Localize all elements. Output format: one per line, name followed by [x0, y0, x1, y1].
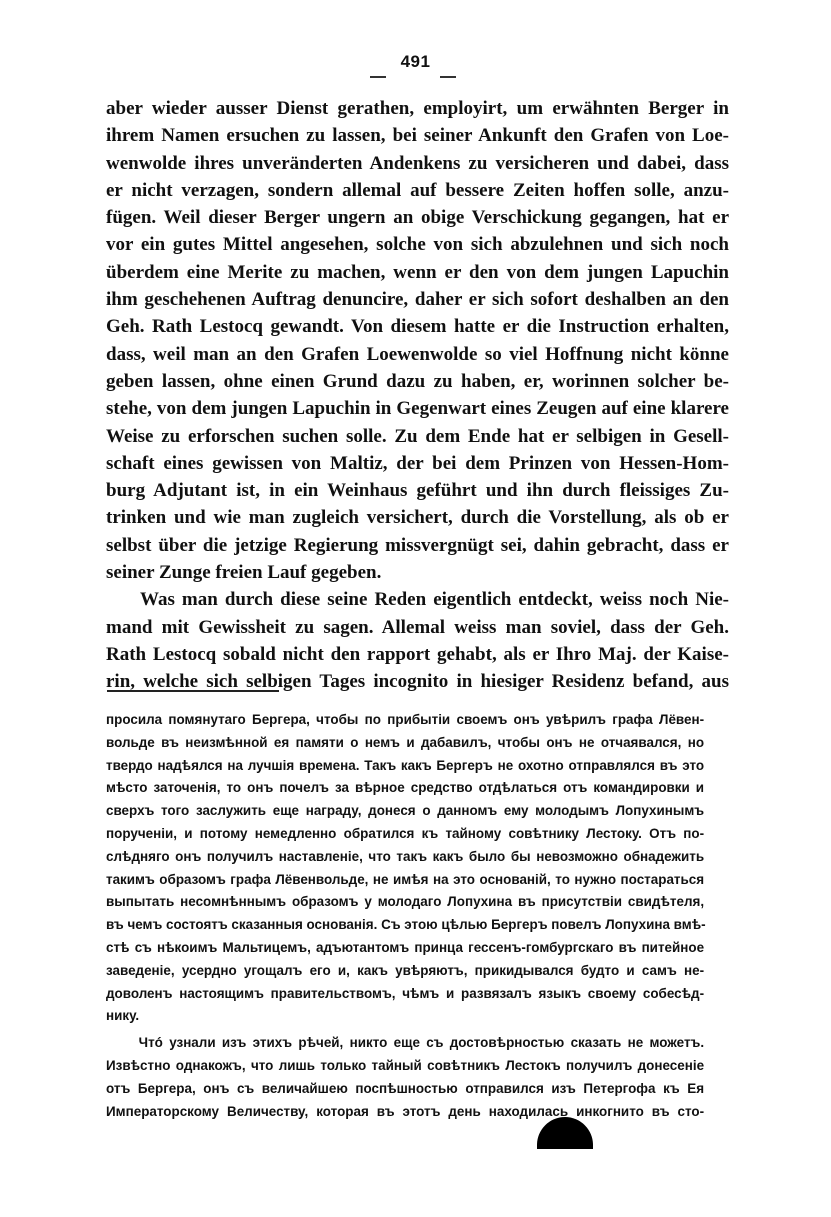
page-number: 491 — [0, 52, 831, 72]
page-number-dash-right — [440, 76, 456, 78]
text-line: Weise zu erforschen suchen solle. Zu dem… — [106, 423, 729, 450]
page-number-dash-left — [370, 76, 386, 78]
footnote-line: такимъ образомъ графа Лёвенвольде, не им… — [106, 868, 704, 891]
footnote-text: просила помянутаго Бергера, чтобы по при… — [106, 708, 704, 1122]
footnote-line: слѣдняго онъ получилъ наставленіе, что т… — [106, 845, 704, 868]
text-line: dass, weil man an den Grafen Loewenwolde… — [106, 341, 729, 368]
text-line: mand mit Gewissheit zu sagen. Allemal we… — [106, 614, 729, 641]
footnote-line: стѣ съ нѣкоимъ Мальтицемъ, адъютантомъ п… — [106, 936, 704, 959]
footnote-line: просила помянутаго Бергера, чтобы по при… — [106, 708, 704, 731]
text-line: Geh. Rath Lestocq gewandt. Von diesem ha… — [106, 313, 729, 340]
footnote-line: Императорскому Величеству, которая въ эт… — [106, 1100, 704, 1123]
text-line: selbst über die jetzige Regierung missve… — [106, 532, 729, 559]
text-line: ihm geschehenen Auftrag denuncire, daher… — [106, 286, 729, 313]
footnote-line: твердо надѣялся на лучшія времена. Такъ … — [106, 754, 704, 777]
footnote-line: доволенъ настоящимъ правительствомъ, чѣм… — [106, 982, 704, 1005]
text-line: stehe, von dem jungen Lapuchin in Gegenw… — [106, 395, 729, 422]
footnote-line: Чтó узнали изъ этихъ рѣчей, никто еще съ… — [106, 1031, 704, 1054]
text-line: Was man durch diese seine Reden eigentli… — [106, 586, 729, 613]
footnote-line: Извѣстно однакожъ, что лишь только тайны… — [106, 1054, 704, 1077]
text-line: er nicht verzagen, sondern allemal auf b… — [106, 177, 729, 204]
footnote-line: отъ Бергера, онъ съ величайшею поспѣшнос… — [106, 1077, 704, 1100]
footnote-line: нику. — [106, 1004, 704, 1027]
text-line: geben lassen, ohne einen Grund dazu zu h… — [106, 368, 729, 395]
text-line: überdem eine Merite zu machen, wenn er d… — [106, 259, 729, 286]
text-line: trinken und wie man zugleich versichert,… — [106, 504, 729, 531]
text-line: burg Adjutant ist, in ein Weinhaus gefüh… — [106, 477, 729, 504]
footnote-line: мѣсто заточенія, то онъ почелъ за вѣрное… — [106, 776, 704, 799]
text-line: wenwolde ihres unveränderten Andenkens z… — [106, 150, 729, 177]
footnote-line: сверхъ того заслужить еще награду, донес… — [106, 799, 704, 822]
text-line: seiner Zunge freien Lauf gegeben. — [106, 559, 729, 586]
footnote-separator — [107, 690, 279, 692]
main-text: aber wieder ausser Dienst gerathen, empl… — [106, 95, 729, 696]
text-line: schaft eines gewissen von Maltiz, der be… — [106, 450, 729, 477]
text-line: ihrem Namen ersuchen zu lassen, bei sein… — [106, 122, 729, 149]
footnote-line: вольде въ неизмѣнной ея памяти о немъ и … — [106, 731, 704, 754]
footnote-line: въ чемъ состоятъ сказанныя основанія. Съ… — [106, 913, 704, 936]
text-line: fügen. Weil dieser Berger ungern an obig… — [106, 204, 729, 231]
text-line: vor ein gutes Mittel angesehen, solche v… — [106, 231, 729, 258]
text-line: aber wieder ausser Dienst gerathen, empl… — [106, 95, 729, 122]
footnote-line: заведеніе, усердно угощалъ его и, какъ у… — [106, 959, 704, 982]
footnote-line: выпытать несомнѣннымъ образомъ у молодаг… — [106, 890, 704, 913]
footnote-line: порученіи, и потому немедленно обратился… — [106, 822, 704, 845]
text-line: Rath Lestocq sobald nicht den rapport ge… — [106, 641, 729, 668]
